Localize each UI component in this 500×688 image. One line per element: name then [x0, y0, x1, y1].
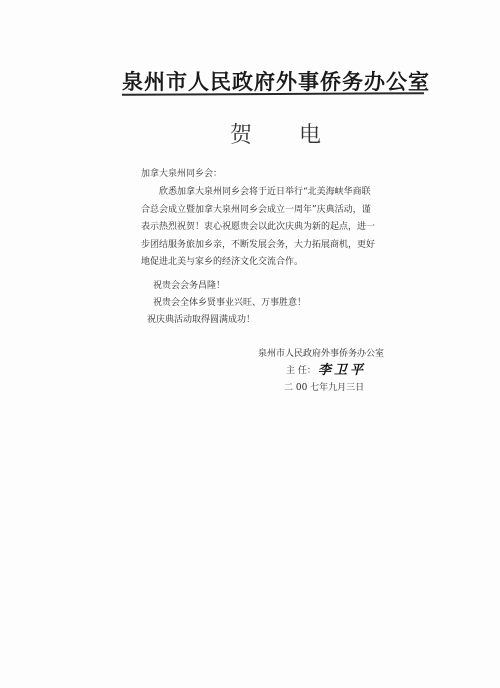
document-page: 泉州市人民政府外事侨务办公室 贺 电 加拿大泉州同乡会： 欣悉加拿大泉州同乡会将…: [0, 0, 500, 688]
signature-name: 李卫平: [318, 359, 366, 378]
body-paragraph: 欣悉加拿大泉州同乡会将于近日举行“北美海峡华商联合总会成立暨加拿大泉州同乡会成立…: [141, 184, 379, 272]
wish-line: 祝贵会会务昌隆！: [153, 278, 225, 291]
signature-date: 二 00 七年九月三日: [284, 380, 364, 393]
wish-line: 祝贵会全体乡贤事业兴旺、万事胜意！: [153, 295, 306, 308]
wish-line: 祝庆典活动取得圆满成功！: [147, 312, 255, 325]
document-title: 贺 电: [230, 118, 341, 149]
signature-title: 主 任：: [286, 363, 316, 376]
signature-organization: 泉州市人民政府外事侨务办公室: [258, 346, 384, 359]
salutation: 加拿大泉州同乡会：: [141, 166, 222, 179]
